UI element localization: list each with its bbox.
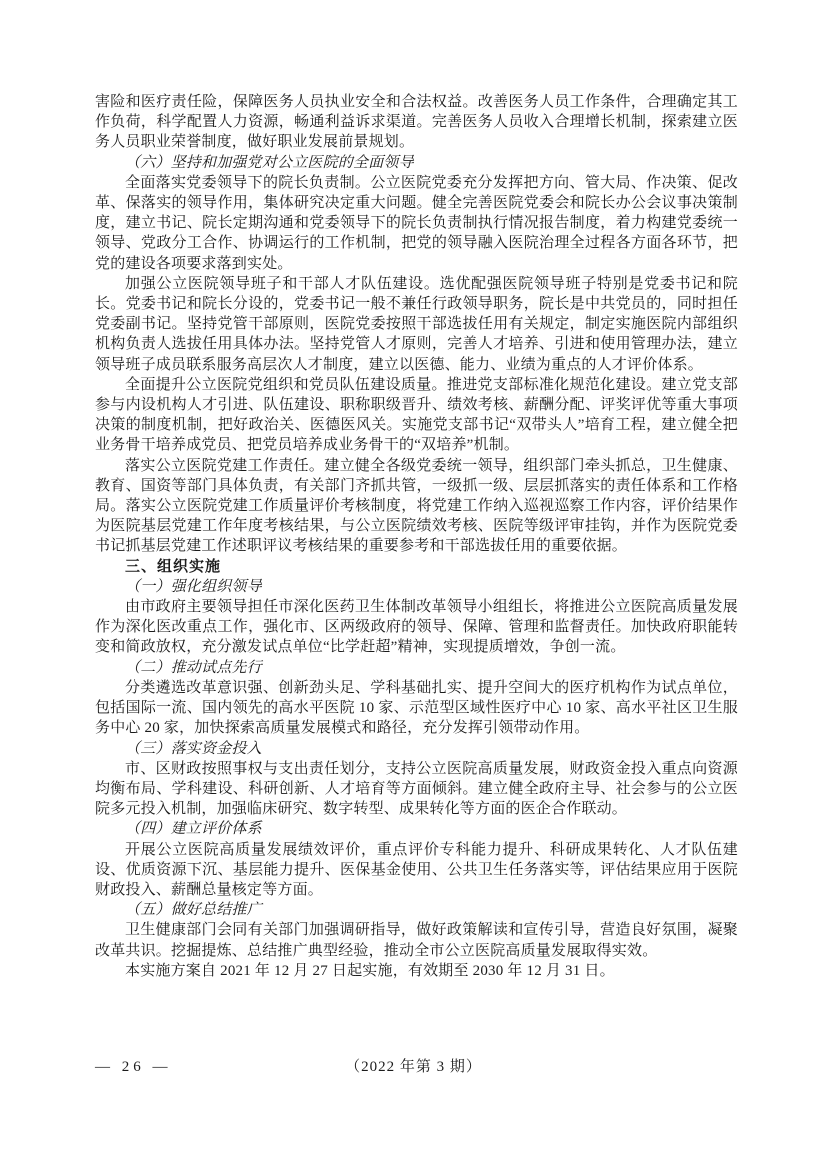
body-paragraph: 加强公立医院领导班子和干部人才队伍建设。选优配强医院领导班子特别是党委书记和院长…: [95, 274, 738, 375]
footer-issue-label: （2022 年第 3 期）: [0, 1056, 827, 1078]
subsection-heading-5: （五）做好总结推广: [95, 900, 738, 920]
body-paragraph: 由市政府主要领导担任市深化医药卫生体制改革领导小组组长，将推进公立医院高质量发展…: [95, 597, 738, 658]
page-footer: — 26 — （2022 年第 3 期）: [0, 1056, 827, 1078]
document-body: 害险和医疗责任险，保障医务人员执业安全和合法权益。改善医务人员工作条件，合理确定…: [95, 92, 738, 981]
body-paragraph-continuation: 害险和医疗责任险，保障医务人员执业安全和合法权益。改善医务人员工作条件，合理确定…: [95, 92, 738, 153]
body-paragraph: 开展公立医院高质量发展绩效评价，重点评价专科能力提升、科研成果转化、人才队伍建设…: [95, 840, 738, 901]
body-paragraph: 落实公立医院党建工作责任。建立健全各级党委统一领导，组织部门牵头抓总，卫生健康、…: [95, 456, 738, 557]
body-paragraph: 市、区财政按照事权与支出责任划分，支持公立医院高质量发展，财政资金投入重点向资源…: [95, 759, 738, 820]
document-page: 害险和医疗责任险，保障医务人员执业安全和合法权益。改善医务人员工作条件，合理确定…: [0, 0, 827, 1170]
subsection-heading-2: （二）推动试点先行: [95, 658, 738, 678]
subsection-heading-6: （六）坚持和加强党对公立医院的全面领导: [95, 153, 738, 173]
body-paragraph: 全面提升公立医院党组织和党员队伍建设质量。推进党支部标准化规范化建设。建立党支部…: [95, 375, 738, 456]
subsection-heading-1: （一）强化组织领导: [95, 577, 738, 597]
chapter-heading-3: 三、组织实施: [95, 557, 738, 577]
body-paragraph: 分类遴选改革意识强、创新劲头足、学科基础扎实、提升空间大的医疗机构作为试点单位，…: [95, 678, 738, 739]
body-paragraph: 全面落实党委领导下的院长负责制。公立医院党委充分发挥把方向、管大局、作决策、促改…: [95, 173, 738, 274]
body-paragraph-effective-date: 本实施方案自 2021 年 12 月 27 日起实施，有效期至 2030 年 1…: [95, 961, 738, 981]
subsection-heading-4: （四）建立评价体系: [95, 819, 738, 839]
subsection-heading-3: （三）落实资金投入: [95, 739, 738, 759]
body-paragraph: 卫生健康部门会同有关部门加强调研指导，做好政策解读和宣传引导，营造良好氛围，凝聚…: [95, 920, 738, 960]
